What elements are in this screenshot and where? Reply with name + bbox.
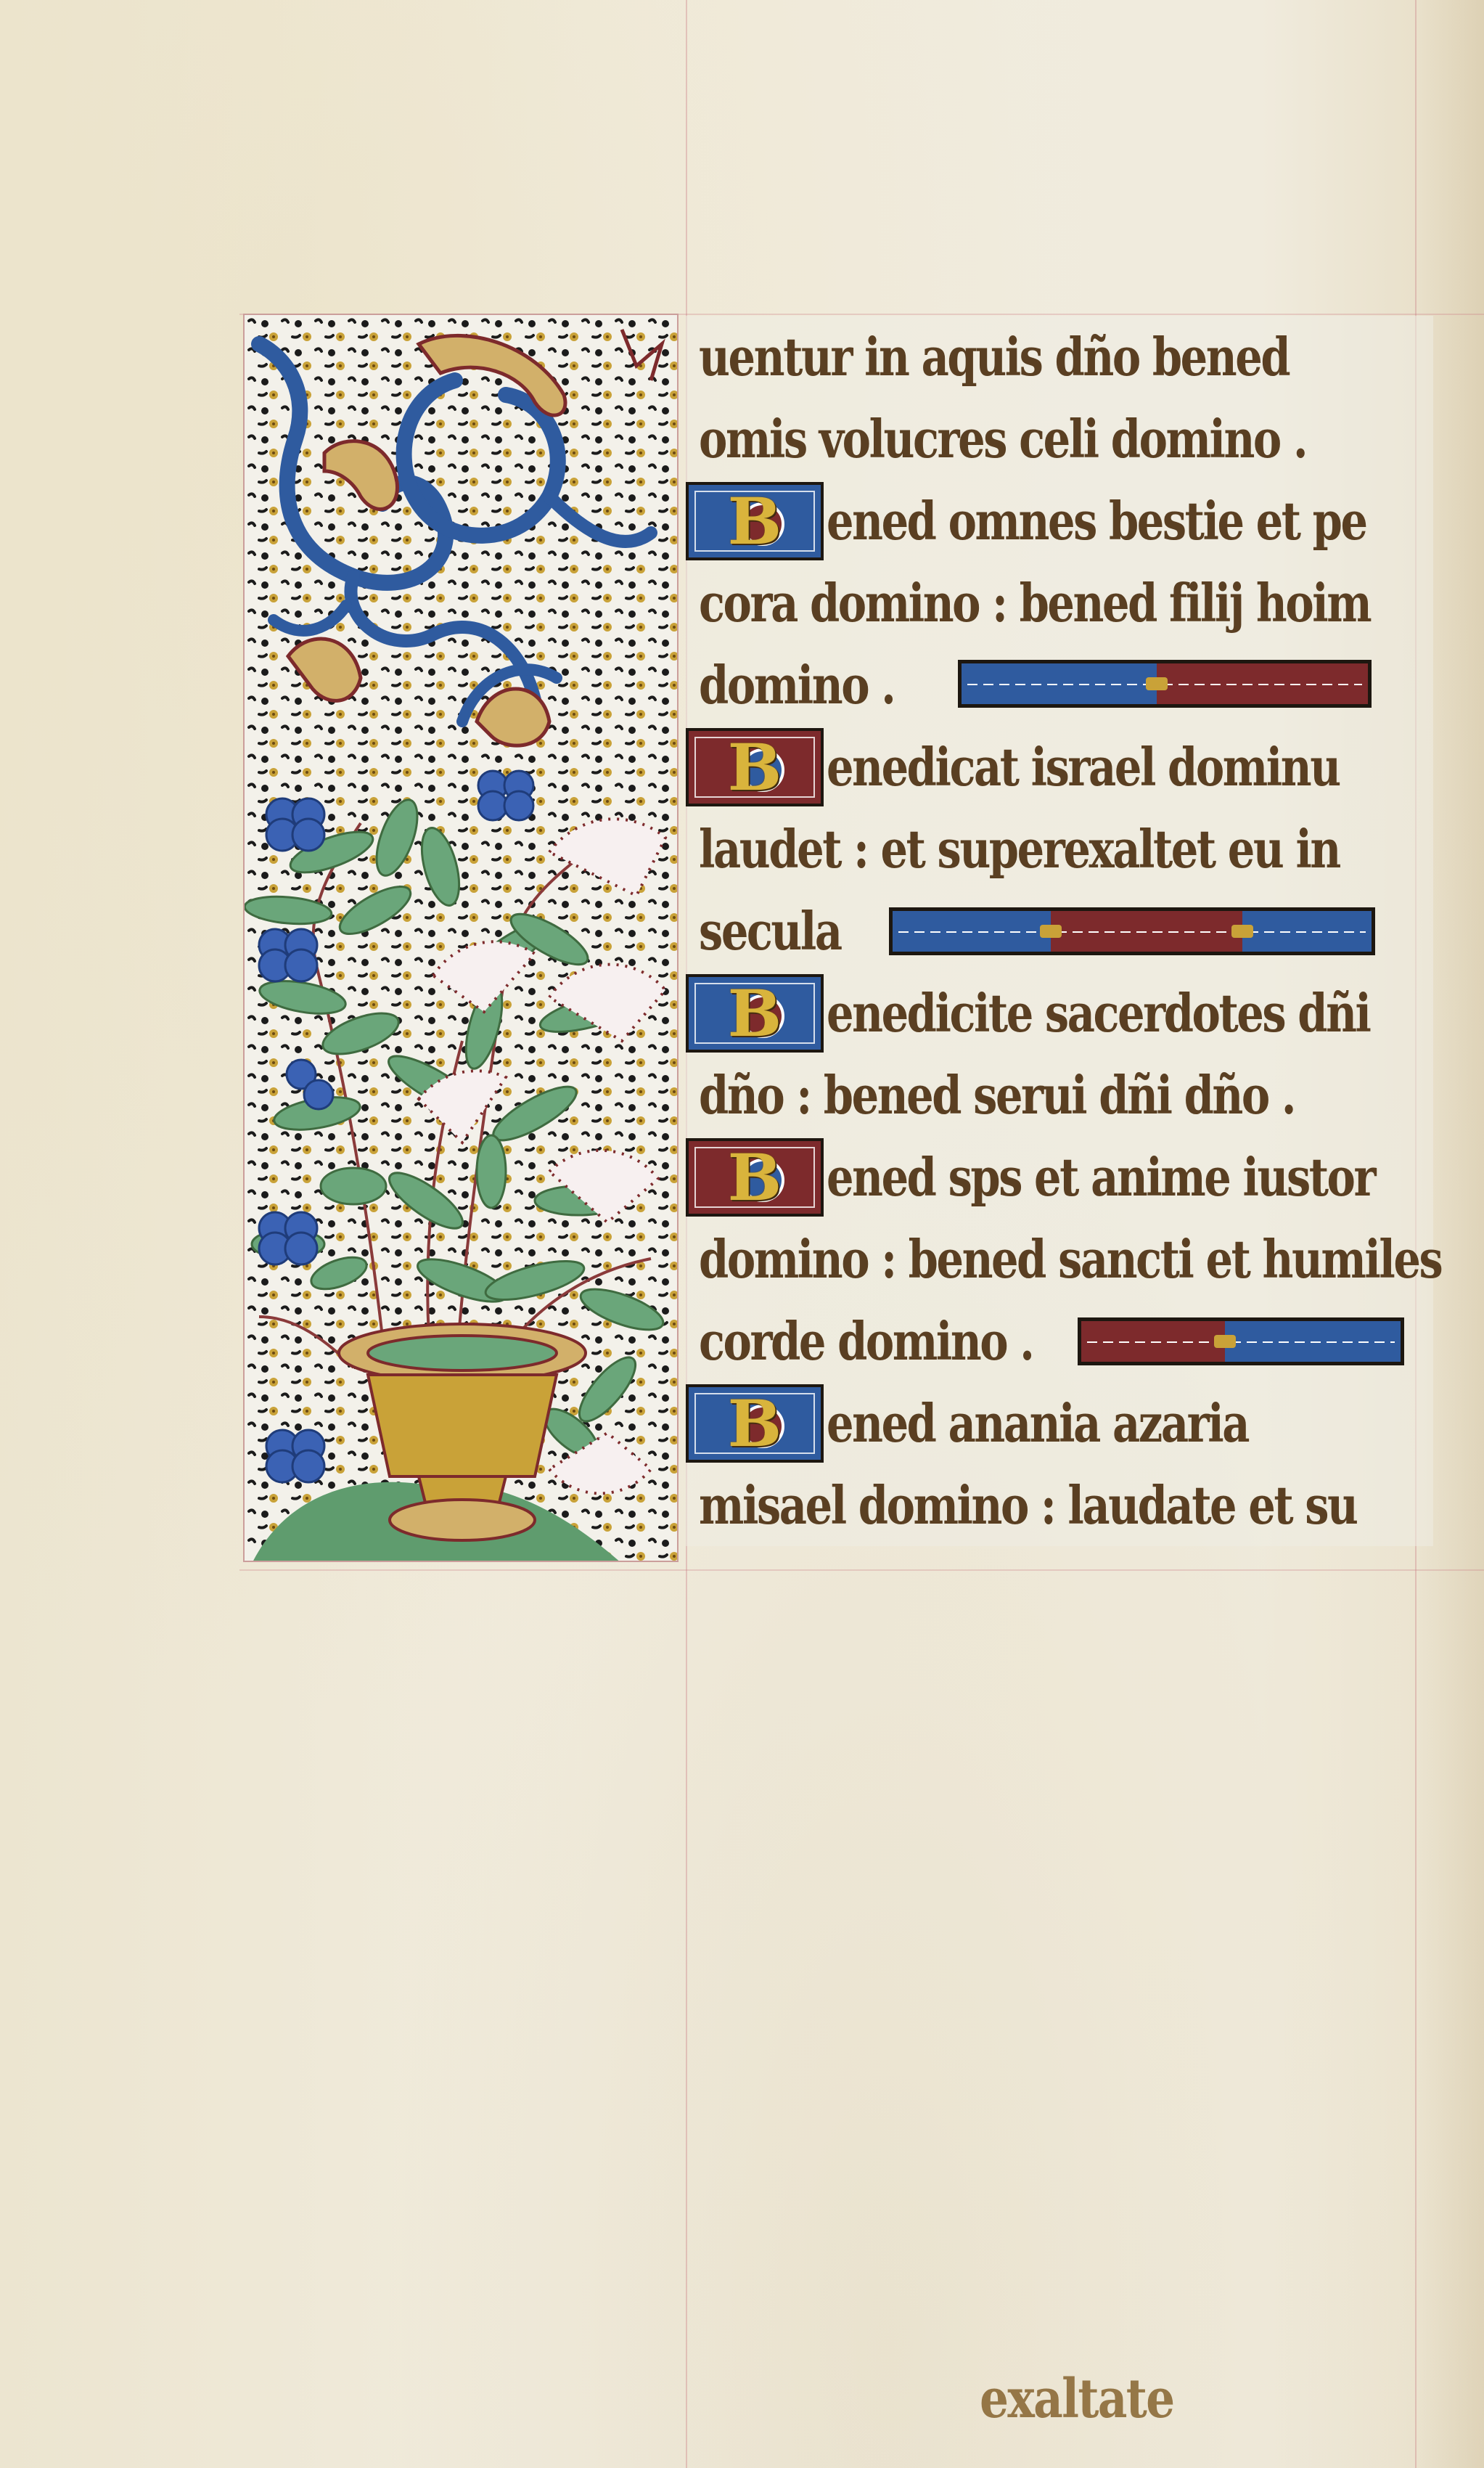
illuminated-initial-b: B [686, 482, 824, 560]
border-artwork-icon [245, 315, 679, 1562]
line-text: enedicat israel dominu [827, 741, 1340, 793]
text-line-13: corde domino . [686, 1300, 1433, 1382]
initial-letter: B [728, 735, 782, 799]
line-filler [1078, 1317, 1404, 1365]
line-text: misael domino : laudate et su [686, 1479, 1356, 1532]
line-text: cora domino : bened filij hoim [686, 577, 1370, 629]
line-text: ened sps et anime iustor [827, 1151, 1374, 1204]
text-line-3: B ened omnes bestie et pe [686, 480, 1433, 562]
text-line-5: domino . [686, 644, 1433, 726]
gold-dot-icon [1146, 677, 1168, 690]
gold-dot-icon [1040, 925, 1062, 938]
filler-segment [1081, 1321, 1225, 1362]
line-filler [889, 907, 1375, 955]
filler-segment [893, 911, 1051, 952]
text-line-14: B ened anania azaria [686, 1382, 1433, 1464]
gold-dot-icon [1214, 1335, 1236, 1348]
illuminated-initial-b: B [686, 728, 824, 806]
initial-letter: B [728, 981, 782, 1045]
line-text: corde domino . [686, 1315, 1033, 1368]
line-text: secula [686, 905, 841, 957]
text-line-11: B ened sps et anime iustor [686, 1136, 1433, 1218]
line-text: ened anania azaria [827, 1397, 1248, 1450]
illuminated-initial-b: B [686, 974, 824, 1053]
illuminated-initial-b: B [686, 1384, 824, 1463]
filler-segment [1051, 911, 1242, 952]
line-text: domino : bened sancti et humiles [686, 1233, 1441, 1286]
line-text: omis volucres celi domino . [686, 413, 1306, 465]
initial-letter: B [728, 1392, 782, 1455]
initial-letter: B [728, 1145, 782, 1209]
text-line-12: domino : bened sancti et humiles [686, 1218, 1433, 1300]
text-line-1: uentur in aquis dño bened [686, 316, 1433, 398]
text-line-9: B enedicite sacerdotes dñi [686, 972, 1433, 1054]
filler-segment [1242, 911, 1372, 952]
line-filler [958, 660, 1372, 708]
line-text: uentur in aquis dño bened [686, 331, 1289, 383]
text-line-7: laudet : et superexaltet eu in [686, 808, 1433, 890]
illuminated-border [243, 314, 679, 1562]
line-text: dño : bened serui dñi dño . [686, 1069, 1295, 1121]
text-line-15: misael domino : laudate et su [686, 1464, 1433, 1546]
catchword: exaltate [980, 2368, 1173, 2430]
line-text: laudet : et superexaltet eu in [686, 823, 1340, 875]
filler-segment [962, 663, 1157, 704]
text-line-4: cora domino : bened filij hoim [686, 562, 1433, 644]
filler-segment [1157, 663, 1368, 704]
line-text: domino . [686, 659, 894, 711]
gold-dot-icon [1231, 925, 1253, 938]
line-text: ened omnes bestie et pe [827, 495, 1366, 547]
illuminated-initial-b: B [686, 1138, 824, 1217]
initial-letter: B [728, 489, 782, 553]
text-block: uentur in aquis dño bened omis volucres … [686, 312, 1433, 1575]
filler-segment [1225, 1321, 1401, 1362]
text-line-10: dño : bened serui dñi dño . [686, 1054, 1433, 1136]
text-line-6: B enedicat israel dominu [686, 726, 1433, 808]
text-line-2: omis volucres celi domino . [686, 398, 1433, 480]
line-text: enedicite sacerdotes dñi [827, 987, 1370, 1039]
text-line-8: secula [686, 890, 1433, 972]
